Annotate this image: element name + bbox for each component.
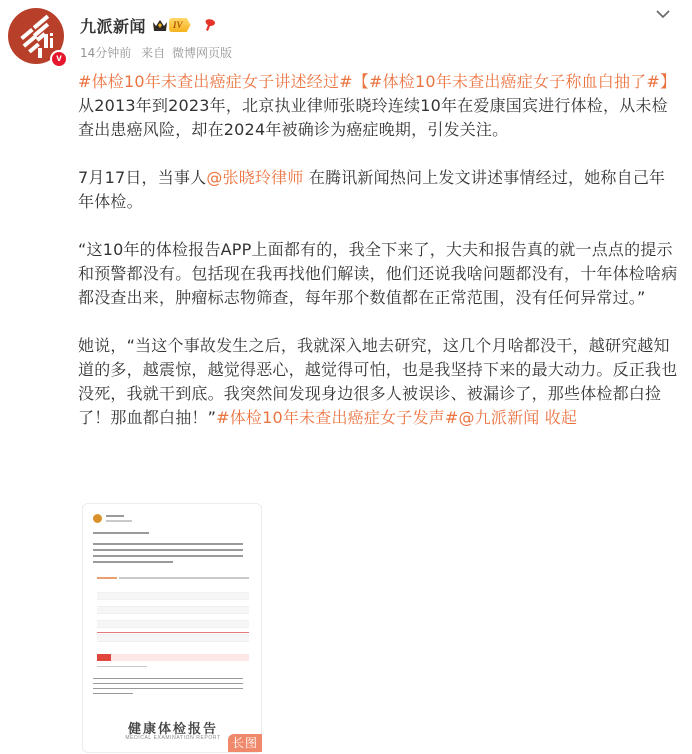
member-crown-badge[interactable]: IV: [152, 18, 191, 32]
post-image-thumbnail[interactable]: 健康体检报告 MEDICAL EXAMINATION REPORT: [82, 503, 262, 753]
paragraph-1: #体检10年未查出癌症女子讲述经过#【#体检10年未查出癌症女子称血白抽了#】从…: [78, 70, 678, 142]
verified-badge: v: [50, 50, 68, 68]
level-badge: IV: [169, 18, 191, 32]
hashtag-link[interactable]: #体检10年未查出癌症女子发声#: [216, 408, 458, 427]
post-content: #体检10年未查出癌症女子讲述经过#【#体检10年未查出癌症女子称血白抽了#】从…: [78, 70, 678, 430]
paragraph-4: 她说，“当这个事故发生之后，我就深入地去研究，这几个月啥都没干，越研究越知道的多…: [78, 334, 678, 430]
koi-badge[interactable]: [203, 18, 217, 32]
crown-icon: [152, 19, 168, 32]
long-image-preview: 健康体检报告 MEDICAL EXAMINATION REPORT: [83, 504, 262, 753]
bracket: 【: [353, 72, 369, 91]
hashtag-link[interactable]: #体检10年未查出癌症女子称血白抽了#: [369, 72, 660, 91]
bracket: 】: [660, 72, 676, 91]
paragraph-text: 7月17日，当事人: [78, 168, 206, 187]
long-image-badge: 长图: [228, 734, 262, 752]
post-time[interactable]: 14分钟前: [80, 46, 131, 60]
post-source: 微博网页版: [172, 46, 232, 60]
mention-link[interactable]: @张晓玲律师: [206, 168, 303, 187]
collapse-link[interactable]: 收起: [539, 408, 577, 427]
weibo-post-card: v 九派新闻 IV 14分钟前 来自 微博网页版 #体检10年未查出癌症女子讲述…: [0, 0, 692, 754]
koi-fish-icon: [203, 18, 217, 32]
image-data-table: [97, 586, 249, 648]
author-name[interactable]: 九派新闻: [80, 14, 146, 37]
chevron-down-icon[interactable]: [655, 8, 671, 20]
paragraph-3: “这10年的体检报告APP上面都有的，我全下来了，大夫和报告真的就一点点的提示和…: [78, 238, 678, 310]
author-line: 九派新闻 IV: [80, 13, 217, 37]
paragraph-2: 7月17日，当事人@张晓玲律师 在腾讯新闻热问上发文讲述事情经过，她称自己年年体…: [78, 166, 678, 214]
hashtag-link[interactable]: #体检10年未查出癌症女子讲述经过#: [78, 72, 353, 91]
paragraph-text: 从2013年到2023年，北京执业律师张晓玲连续10年在爱康国宾进行体检，从未检…: [78, 96, 668, 139]
post-meta: 14分钟前 来自 微博网页版: [80, 44, 238, 61]
image-avatar: [93, 514, 102, 523]
mention-link[interactable]: @九派新闻: [458, 408, 539, 427]
source-prefix: 来自: [141, 46, 165, 60]
